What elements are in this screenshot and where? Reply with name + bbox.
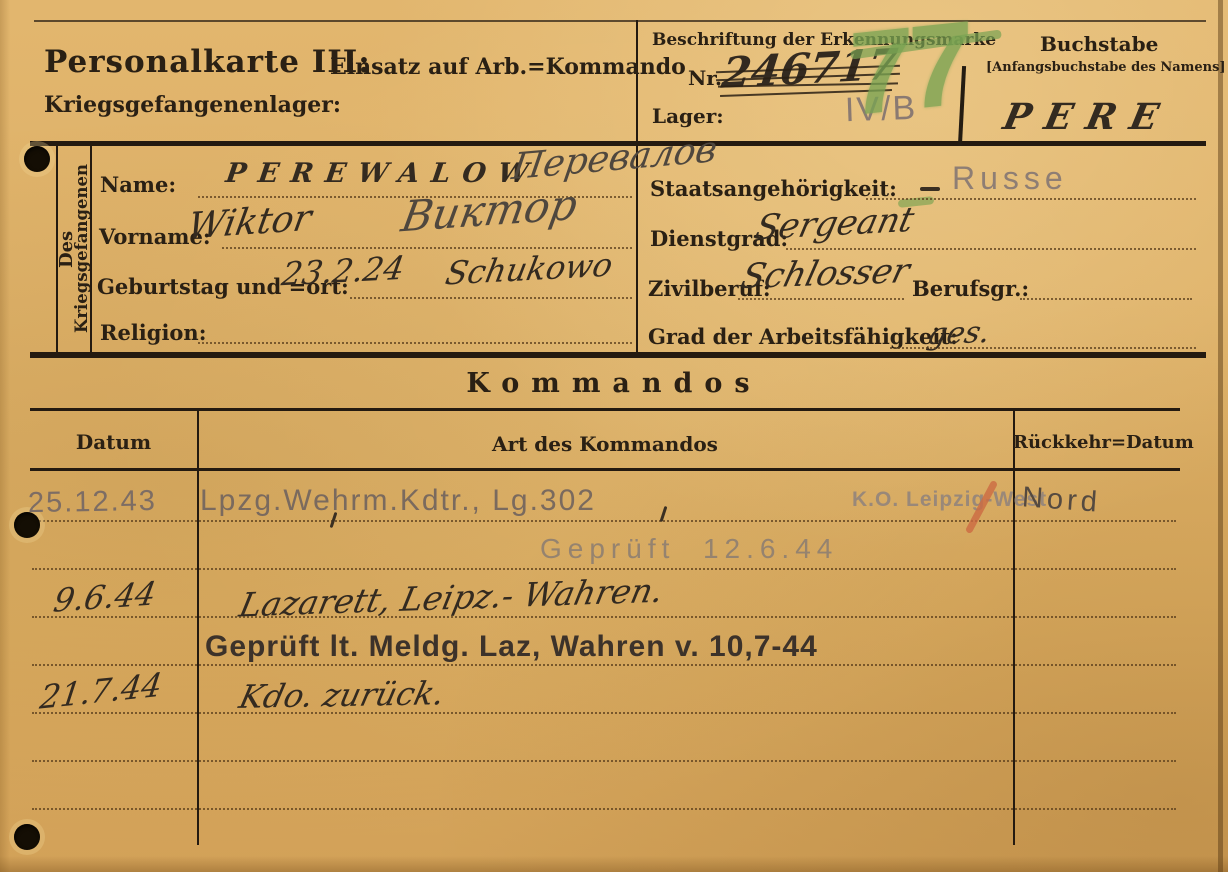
kommandos-title: Kommandos bbox=[0, 368, 1228, 399]
vorname-value: Wiktor bbox=[184, 197, 314, 247]
tag-lager-label: Lager: bbox=[652, 104, 724, 128]
column-header-art: Art des Kommandos bbox=[197, 432, 1013, 456]
dotted-line bbox=[32, 808, 1176, 810]
row3-datum: 21.7.44 bbox=[38, 665, 165, 717]
personalkarte-document: { "header": { "title_main": "Personalkar… bbox=[0, 0, 1228, 872]
geprueft-stamp-2: Geprüft lt. Meldg. Laz, Wahren v. 10,7-4… bbox=[205, 630, 818, 664]
dotted-line bbox=[350, 297, 632, 299]
dotted-line bbox=[32, 712, 1176, 714]
table-col-line-right bbox=[1013, 411, 1015, 845]
profession-value: Schlosser bbox=[737, 251, 914, 297]
rank-value: Sergeant bbox=[751, 200, 918, 249]
letter-heading: Buchstabe bbox=[1040, 32, 1158, 56]
card-subtitle: Einsatz auf Arb.=Kommando bbox=[330, 54, 686, 80]
dotted-line bbox=[738, 298, 904, 300]
row1-rueckkehr-stamp: Nord bbox=[1021, 481, 1102, 519]
dotted-line bbox=[1020, 298, 1192, 300]
letter-subheading: [Anfangsbuchstabe des Namens] bbox=[986, 60, 1226, 75]
letter-value: PERE bbox=[1000, 96, 1177, 138]
card-bottom-edge bbox=[0, 856, 1228, 872]
name-value: PEREWALOW bbox=[224, 158, 543, 189]
dotted-line bbox=[32, 760, 1176, 762]
green-number: 77 bbox=[848, 3, 967, 134]
nationality-label: Staatsangehörigkeit: bbox=[650, 176, 897, 201]
profession-group-label: Berufsgr.: bbox=[912, 276, 1029, 301]
dotted-line bbox=[32, 616, 1176, 618]
row2-datum: 9.6.44 bbox=[51, 574, 159, 620]
dotted-line bbox=[32, 520, 1176, 522]
rule-below-fields bbox=[30, 352, 1206, 358]
dotted-line bbox=[786, 248, 1196, 250]
top-hairline bbox=[34, 20, 1206, 22]
row1-art-stamp: Lpzg.Wehrm.Kdtr., Lg.302 bbox=[200, 484, 596, 518]
dotted-line bbox=[198, 342, 632, 344]
dotted-line bbox=[32, 664, 1176, 666]
work-ability-label: Grad der Arbeitsfähigkeit: bbox=[648, 324, 958, 349]
dotted-line bbox=[32, 568, 1176, 570]
card-left-edge bbox=[0, 0, 10, 872]
table-top-rule bbox=[30, 408, 1180, 411]
dotted-line bbox=[890, 347, 1196, 349]
table-col-line-left bbox=[197, 411, 199, 845]
geprueft-stamp-1: Geprüft 12.6.44 bbox=[540, 533, 838, 565]
row3-art: Kdo. zurück. bbox=[236, 674, 449, 716]
tag-nr-label: Nr. bbox=[688, 66, 722, 90]
ink-dash bbox=[920, 187, 940, 191]
column-header-rueckkehr: Rückkehr=Datum bbox=[1013, 432, 1183, 453]
birth-place-value: Schukowo bbox=[442, 245, 616, 292]
religion-label: Religion: bbox=[100, 320, 206, 345]
card-title: Personalkarte III: bbox=[44, 44, 371, 80]
sidebar-label-kriegsgefangenen: Kriegsgefangenen bbox=[72, 146, 90, 352]
nationality-stamp: Russe bbox=[952, 160, 1068, 197]
punch-hole bbox=[24, 146, 50, 172]
header-divider bbox=[636, 20, 638, 143]
row1-ko-stamp: K.O. Leipzig-West bbox=[852, 488, 1047, 512]
column-header-datum: Datum bbox=[30, 430, 197, 454]
punch-hole bbox=[14, 824, 40, 850]
camp-label: Kriegsgefangenenlager: bbox=[44, 92, 341, 118]
row1-datum-stamp: 25.12.43 bbox=[28, 485, 157, 520]
table-header-rule bbox=[30, 468, 1180, 471]
birth-date-value: 23.2.24 bbox=[279, 249, 407, 294]
name-label: Name: bbox=[100, 172, 176, 197]
card-right-edge bbox=[1218, 0, 1223, 872]
